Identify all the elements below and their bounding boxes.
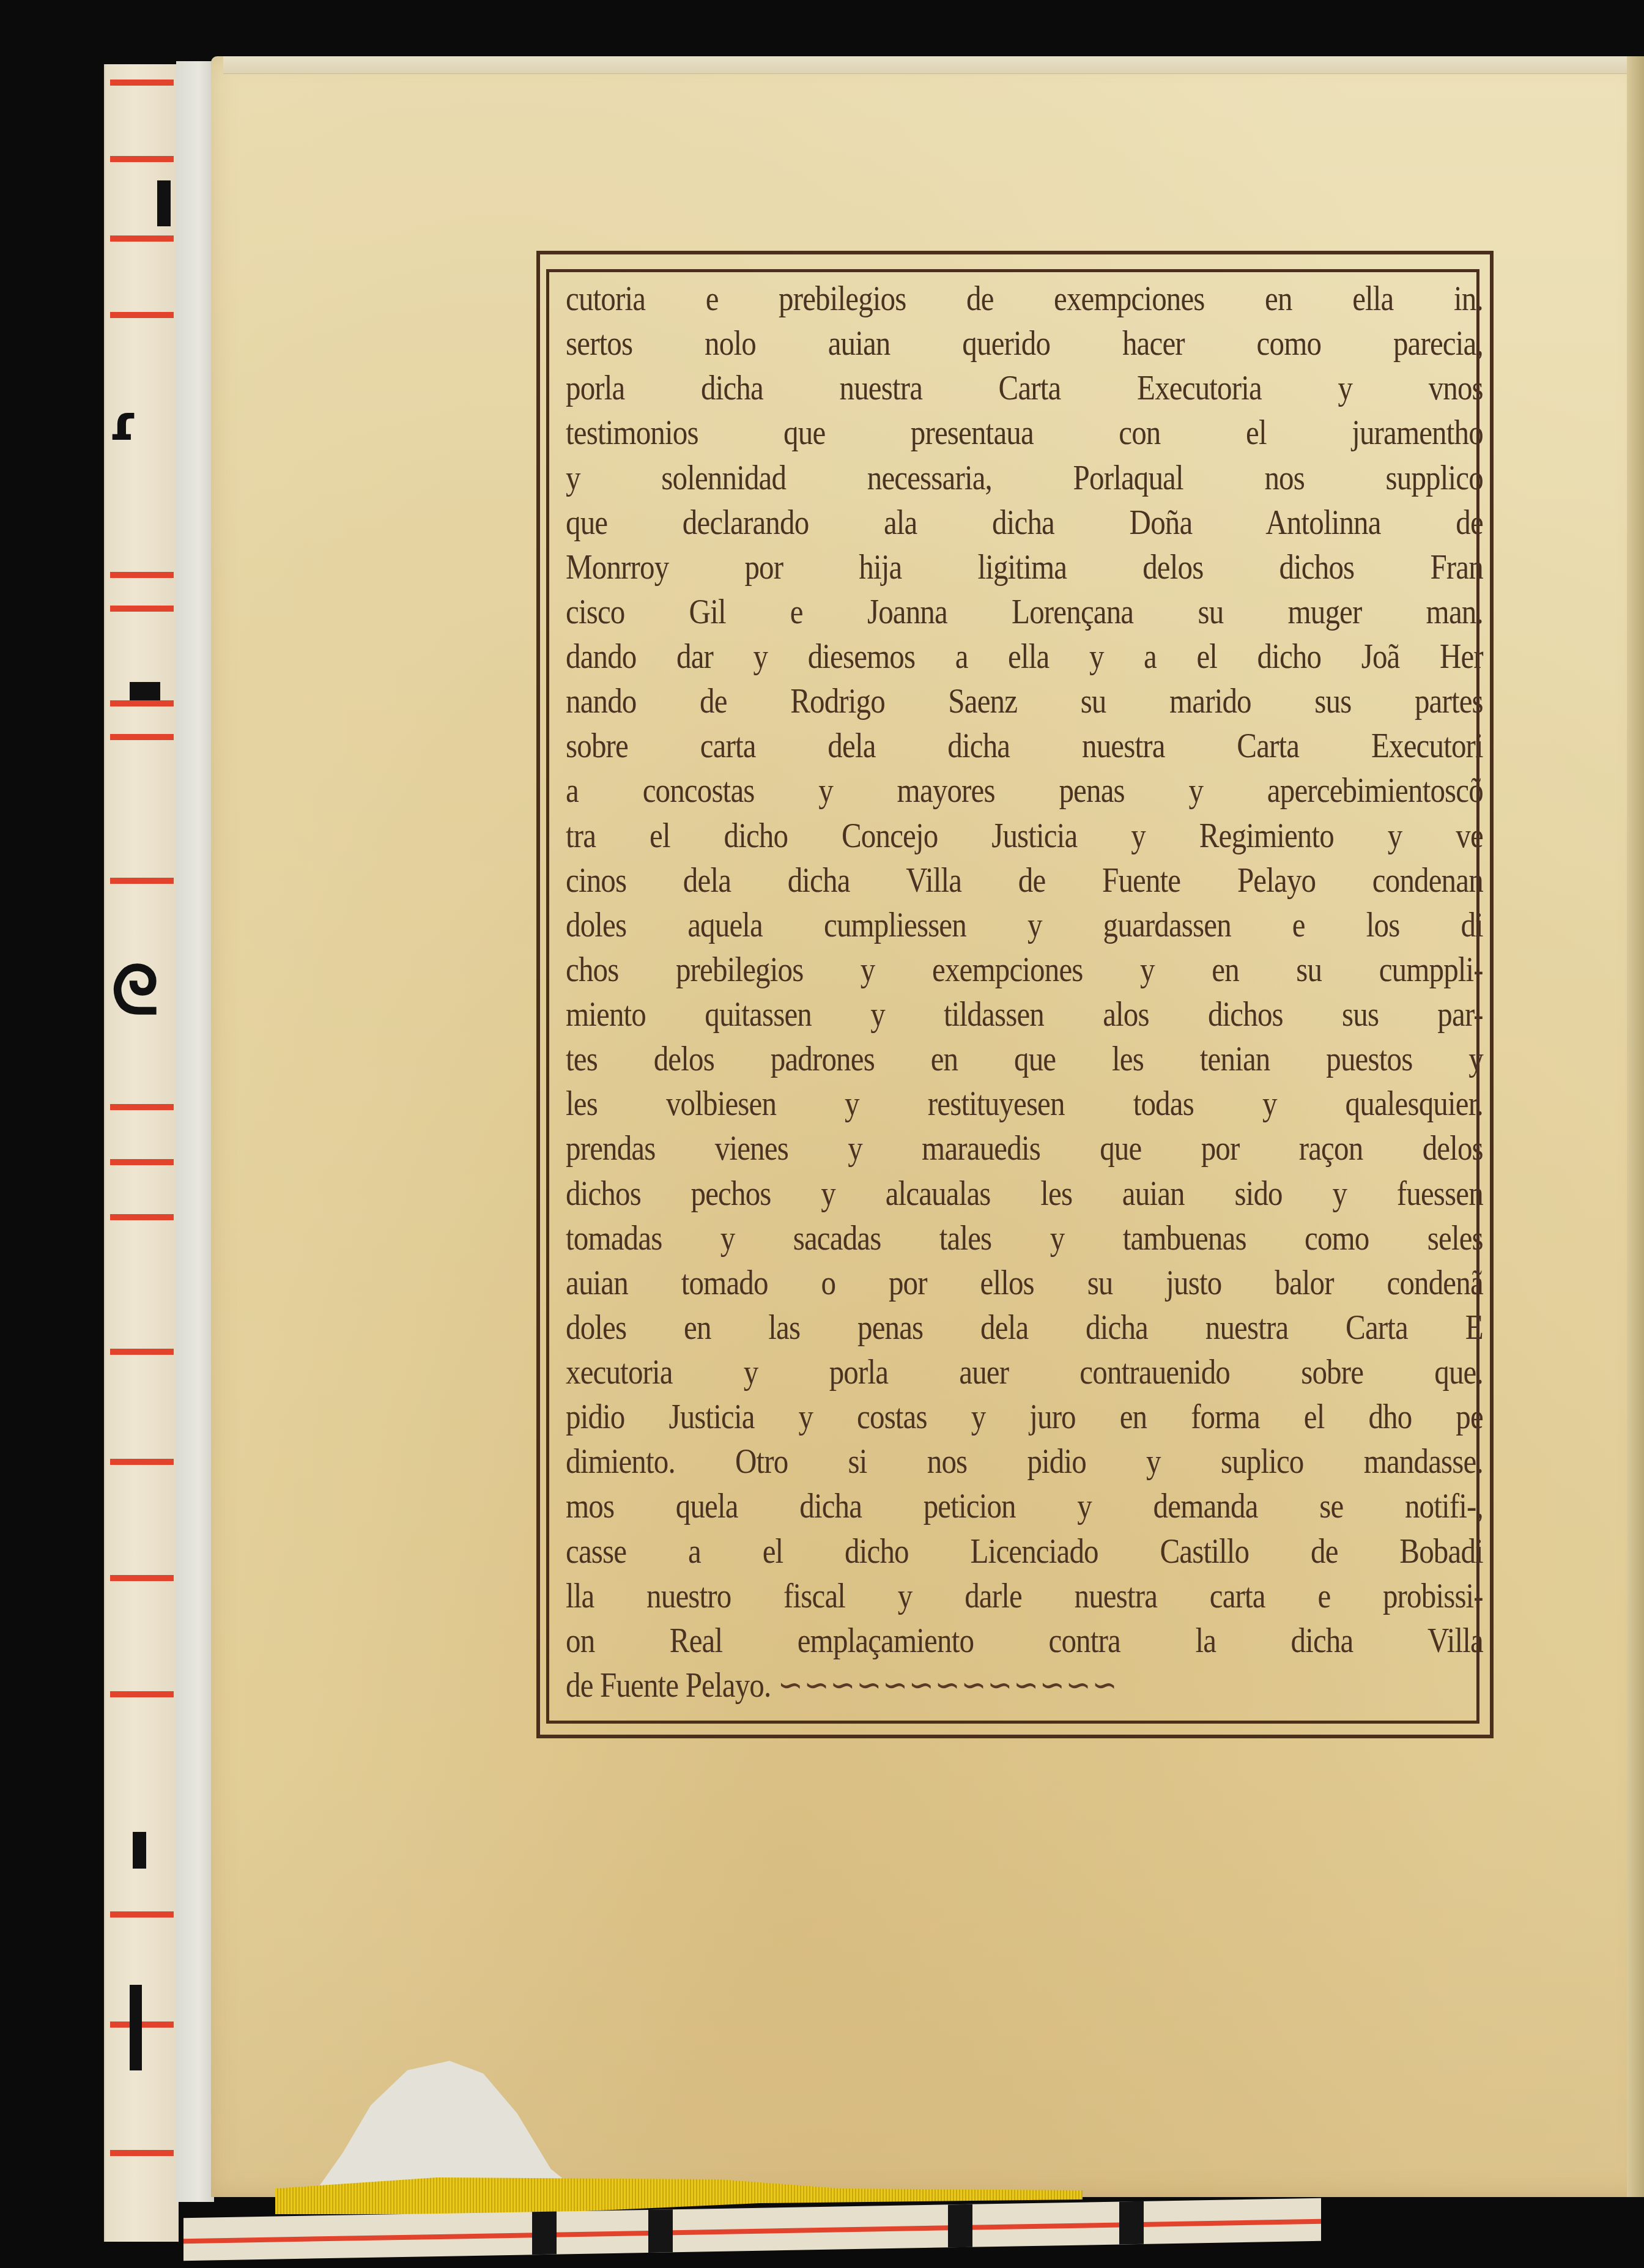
staff-line [110, 1104, 174, 1110]
clef-glyph: ᘓ [111, 951, 158, 1031]
text-line: nando de Rodrigo Saenz su marido sus par… [566, 679, 1483, 724]
text-line: dichos pechos y alcaualas les auian sido… [566, 1171, 1483, 1216]
staff-line [110, 1159, 174, 1165]
text-line: testimonios que presentaua con el jurame… [566, 410, 1483, 455]
staff-line [110, 606, 174, 612]
final-text: de Fuente Pelayo. [566, 1666, 771, 1705]
text-line: pidio Justicia y costas y juro en forma … [566, 1395, 1483, 1439]
manuscript-text: cutoria e prebilegios de exempciones en … [566, 276, 1483, 1708]
staff-line [183, 2219, 1321, 2244]
text-line: sobre carta dela dicha nuestra Carta Exe… [566, 724, 1483, 768]
text-line: dimiento. Otro si nos pidio y suplico ma… [566, 1439, 1483, 1484]
text-line: porla dicha nuestra Carta Executoria y v… [566, 366, 1483, 410]
text-line: doles aquela cumpliessen y guardassen e … [566, 903, 1483, 947]
neume-block [532, 2212, 557, 2255]
clef-glyph: ɾ [108, 395, 138, 451]
text-line: lla nuestro fiscal y darle nuestra carta… [566, 1574, 1483, 1618]
text-line: chos prebilegios y exempciones y en su c… [566, 947, 1483, 992]
text-line: sertos nolo auian querido hacer como par… [566, 321, 1483, 366]
staff-line [110, 1214, 174, 1220]
text-line: cutoria e prebilegios de exempciones en … [566, 276, 1483, 321]
repair-tissue-strip [176, 61, 214, 2202]
staff-line [110, 156, 174, 162]
text-line: on Real emplaçamiento contra la dicha Vi… [566, 1618, 1483, 1663]
text-line: doles en las penas dela dicha nuestra Ca… [566, 1305, 1483, 1350]
text-line: a concostas y mayores penas y apercebimi… [566, 768, 1483, 813]
text-line: tes delos padrones en que les tenian pue… [566, 1037, 1483, 1081]
text-line: que declarando ala dicha Doña Antolinna … [566, 500, 1483, 545]
staff-line [110, 2022, 174, 2028]
neume-block [130, 1985, 142, 2070]
text-line-final: de Fuente Pelayo. ∽∽∽∽∽∽∽∽∽∽∽∽∽ [566, 1663, 1483, 1708]
neume-block [948, 2204, 972, 2248]
staff-line [110, 1911, 174, 1918]
staff-line [110, 734, 174, 740]
neume-block [133, 1832, 146, 1869]
text-line: prendas vienes y marauedis que por raçon… [566, 1126, 1483, 1171]
staff-line [110, 700, 174, 706]
text-line: dando dar y diesemos a ella y a el dicho… [566, 634, 1483, 679]
staff-line [110, 1349, 174, 1355]
staff-line [110, 80, 174, 86]
text-line: tomadas y sacadas tales y tambuenas como… [566, 1216, 1483, 1261]
text-line: miento quitassen y tildassen alos dichos… [566, 992, 1483, 1037]
text-line: Monrroy por hija ligitima delos dichos F… [566, 545, 1483, 590]
binding-strip: ɾ ᘓ [104, 64, 179, 2242]
text-line: les volbiesen y restituyesen todas y qua… [566, 1081, 1483, 1126]
staff-line [110, 312, 174, 318]
staff-line [110, 1691, 174, 1697]
text-line: casse a el dicho Licenciado Castillo de … [566, 1529, 1483, 1574]
text-line: cinos dela dicha Villa de Fuente Pelayo … [566, 858, 1483, 903]
staff-line [110, 572, 174, 578]
text-line: tra el dicho Concejo Justicia y Regimien… [566, 813, 1483, 858]
text-line: auian tomado o por ellos su justo balor … [566, 1261, 1483, 1305]
page-right-edge [1627, 56, 1644, 2197]
staff-line [110, 1459, 174, 1465]
staff-line [110, 235, 174, 242]
text-line: mos quela dicha peticion y demanda se no… [566, 1484, 1483, 1529]
neume-block [130, 682, 160, 702]
text-line: y solennidad necessaria, Porlaqual nos s… [566, 456, 1483, 500]
page-top-fold [223, 56, 1644, 74]
neume-block [1119, 2201, 1144, 2245]
text-line: xecutoria y porla auer contrauenido sobr… [566, 1350, 1483, 1395]
neume-block [648, 2209, 673, 2253]
staff-line [110, 2150, 174, 2156]
neume-block [157, 180, 171, 226]
staff-line [110, 878, 174, 884]
staff-line [110, 1575, 174, 1581]
text-line: cisco Gil e Joanna Lorençana su muger ma… [566, 590, 1483, 634]
line-filler-flourish: ∽∽∽∽∽∽∽∽∽∽∽∽∽ [778, 1666, 1118, 1705]
